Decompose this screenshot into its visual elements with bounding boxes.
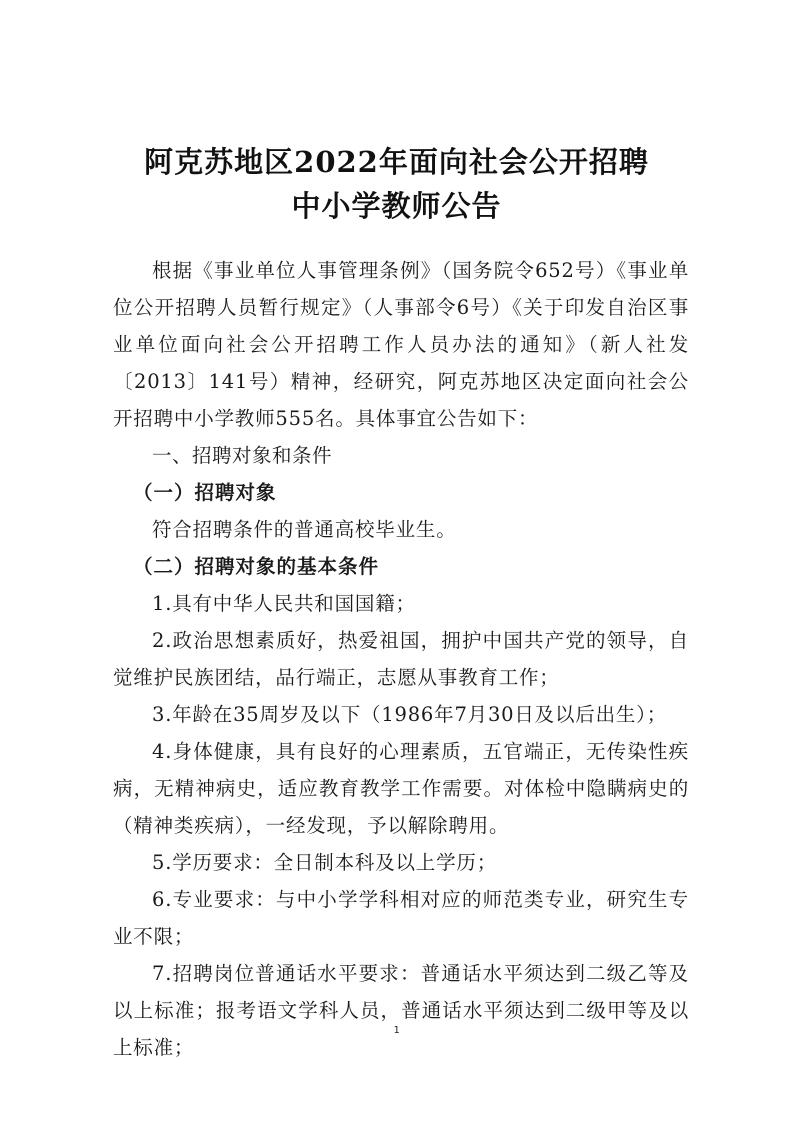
page-number: 1 <box>0 1025 793 1036</box>
section-heading-1: 一、招聘对象和条件 <box>113 437 689 474</box>
condition-item-7: 7.招聘岗位普通话水平要求：普通话水平须达到二级乙等及以上标准；报考语文学科人员… <box>113 955 689 1066</box>
condition-item-3: 3.年龄在35周岁及以下（1986年7月30日及以后出生）； <box>113 696 689 733</box>
document-title-line-1: 阿克苏地区2022年面向社会公开招聘 <box>0 140 793 181</box>
document-page: 阿克苏地区2022年面向社会公开招聘 中小学教师公告 根据《事业单位人事管理条例… <box>0 0 793 1122</box>
subsection-heading-1: （一）招聘对象 <box>113 474 689 511</box>
paragraph-recruit-target: 符合招聘条件的普通高校毕业生。 <box>113 511 689 548</box>
intro-paragraph: 根据《事业单位人事管理条例》（国务院令652号）《事业单位公开招聘人员暂行规定》… <box>113 252 689 437</box>
condition-item-1: 1.具有中华人民共和国国籍； <box>113 585 689 622</box>
condition-item-5: 5.学历要求：全日制本科及以上学历； <box>113 844 689 881</box>
condition-item-2: 2.政治思想素质好，热爱祖国，拥护中国共产党的领导，自觉维护民族团结，品行端正，… <box>113 622 689 696</box>
condition-item-4: 4.身体健康，具有良好的心理素质，五官端正，无传染性疾病，无精神病史，适应教育教… <box>113 733 689 844</box>
subsection-heading-2: （二）招聘对象的基本条件 <box>113 548 689 585</box>
document-title-line-2: 中小学教师公告 <box>0 184 793 225</box>
document-body: 根据《事业单位人事管理条例》（国务院令652号）《事业单位公开招聘人员暂行规定》… <box>113 252 689 1066</box>
condition-item-6: 6.专业要求：与中小学学科相对应的师范类专业，研究生专业不限； <box>113 881 689 955</box>
